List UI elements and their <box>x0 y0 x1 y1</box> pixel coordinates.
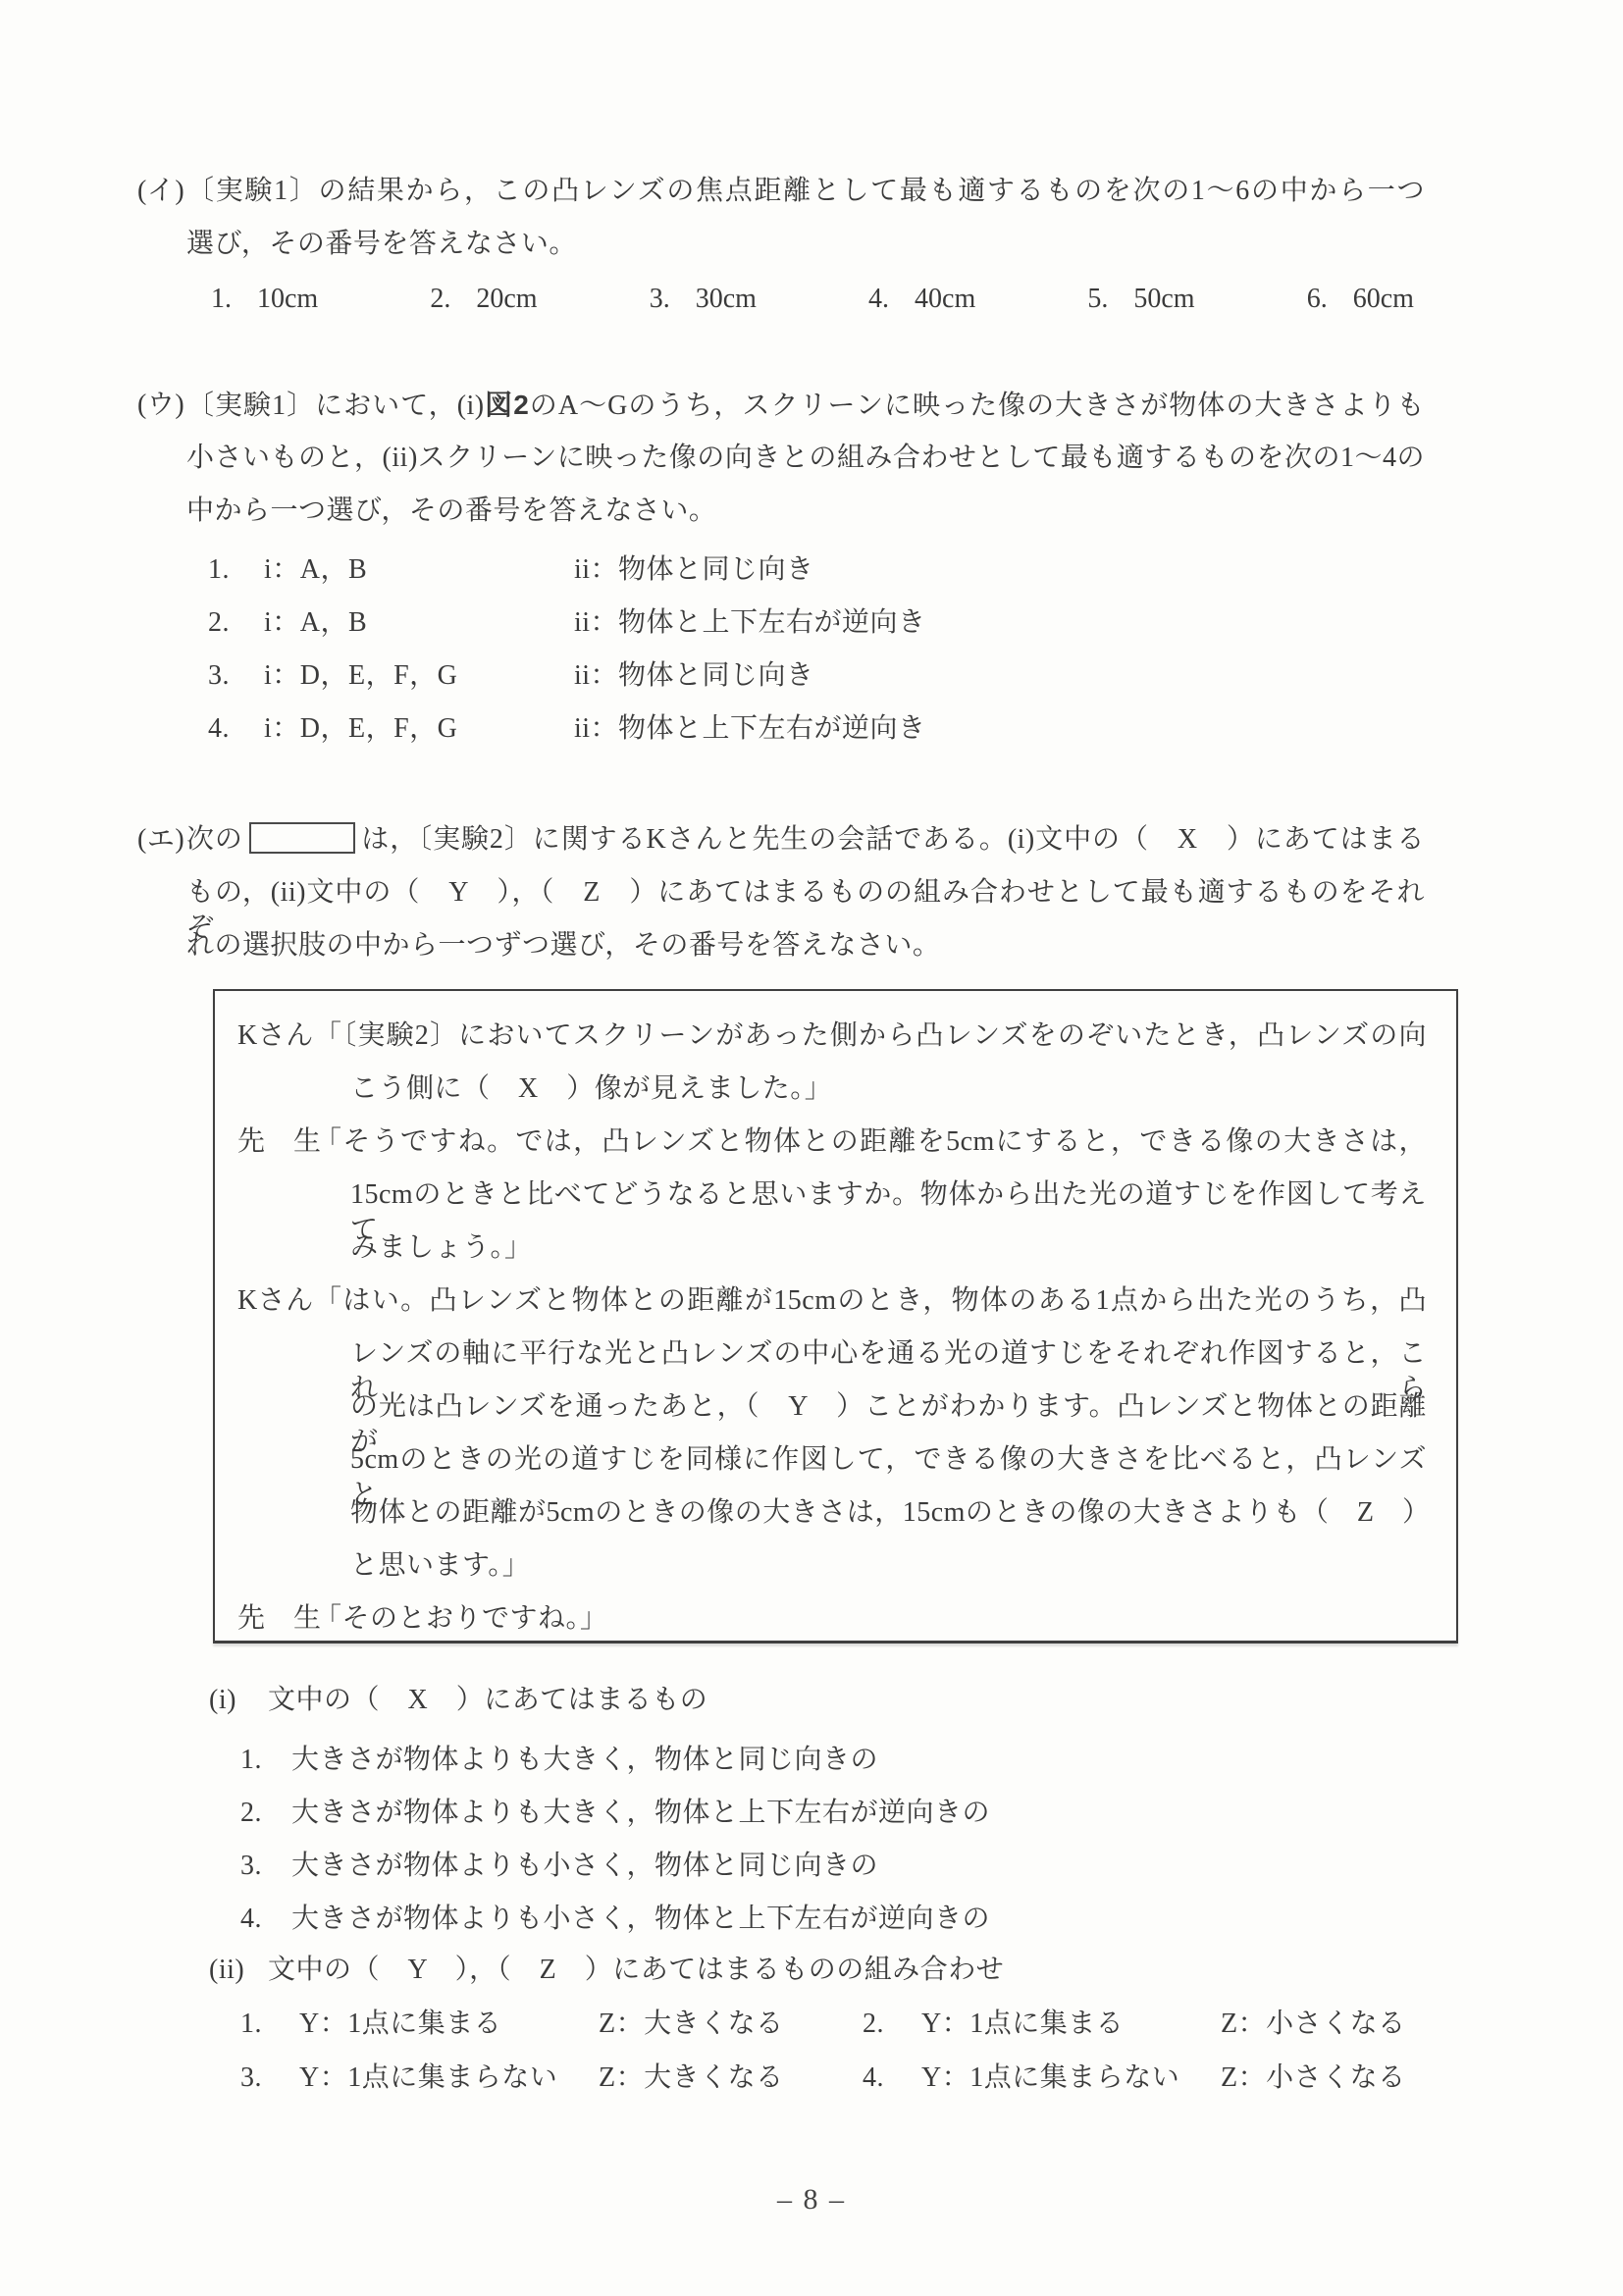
option-ii-1: 1. <box>240 2007 262 2042</box>
question-b-line-1: 〔実験1〕において，(i)図2のA～Gのうち，スクリーンに映った像の大きさが物体… <box>186 388 1425 423</box>
question-c-line-1: 次のは，〔実験2〕に関するKさんと先生の会話である。(i)文中の（ X ）にあて… <box>186 822 1425 858</box>
option-i-1: 1. 大きさが物体よりも大きく，物体と同じ向きの <box>0 1743 1623 1778</box>
dialogue-box: Kさん 「〔実験2〕においてスクリーンがあった側から凸レンズをのぞいたとき，凸レ… <box>213 989 1458 1644</box>
dialogue-line: 物体との距離が5cmのときの像の大きさは，15cmのときの像の大きさよりも（ Z… <box>350 1495 1427 1531</box>
question-c-label: (エ) <box>137 822 184 858</box>
dialogue-line: 「そうですね。では，凸レンズと物体との距離を5cmにすると，できる像の大きさは， <box>314 1124 1427 1160</box>
option-a-5: 5.50cm <box>1087 282 1194 317</box>
option-b-3: 3. i：D，E，F，G ii：物体と同じ向き <box>0 658 1623 694</box>
question-a-line-2: 選び，その番号を答えなさい。 <box>186 227 577 262</box>
question-a-line-1: 〔実験1〕の結果から，この凸レンズの焦点距離として最も適するものを次の1～6の中… <box>186 174 1425 209</box>
option-ii-row-1: 1. Y：1点に集まる Z：大きくなる 2. Y：1点に集まる Z：小さくなる <box>0 2007 1623 2042</box>
option-b-1: 1. i：A，B ii：物体と同じ向き <box>0 552 1623 588</box>
speaker-name: Kさん <box>237 1283 314 1319</box>
dialogue-line: 「はい。凸レンズと物体との距離が15cmのとき，物体のある1点から出た光のうち，… <box>314 1283 1427 1319</box>
page-number: – 8 – <box>0 2183 1623 2217</box>
sub-question-i-label: (i) <box>209 1683 236 1718</box>
option-ii-3: 3. <box>240 2061 262 2096</box>
option-i-3: 3. 大きさが物体よりも小さく，物体と同じ向きの <box>0 1849 1623 1884</box>
option-i-4: 4. 大きさが物体よりも小さく，物体と上下左右が逆向きの <box>0 1902 1623 1937</box>
question-b-line-3: 中から一つ選び，その番号を答えなさい。 <box>186 494 716 529</box>
speaker-name: Kさん <box>237 1018 314 1054</box>
option-ii-4: 4. <box>863 2061 884 2096</box>
dialogue-line: と思います。」 <box>350 1548 530 1584</box>
option-i-2: 2. 大きさが物体よりも大きく，物体と上下左右が逆向きの <box>0 1796 1623 1831</box>
question-a-label: (イ) <box>137 174 184 209</box>
option-a-4: 4.40cm <box>868 282 975 317</box>
sub-question-ii-label: (ii) <box>209 1953 244 1988</box>
dialogue-line: みましょう。」 <box>350 1230 533 1266</box>
exam-page: (イ) 〔実験1〕の結果から，この凸レンズの焦点距離として最も適するものを次の1… <box>0 0 1623 2296</box>
option-ii-row-2: 3. Y：1点に集まらない Z：大きくなる 4. Y：1点に集まらない Z：小さ… <box>0 2061 1623 2096</box>
speaker-name: 先 生 <box>237 1601 322 1637</box>
dialogue-line: 「そのとおりですね。」 <box>314 1601 608 1637</box>
question-c-line-2: もの，(ii)文中の（ Y ），（ Z ）にあてはまるものの組み合わせとして最も… <box>186 875 1425 911</box>
dialogue-line: 5cmのときの光の道すじを同様に作図して，できる像の大きさを比べると，凸レンズと <box>350 1442 1427 1478</box>
answer-blank-box <box>249 822 355 854</box>
question-b-line-2: 小さいものと，(ii)スクリーンに映った像の向きとの組み合わせとして最も適するも… <box>186 441 1425 476</box>
dialogue-line: の光は凸レンズを通ったあと，（ Y ）ことがわかります。凸レンズと物体との距離が <box>350 1389 1427 1425</box>
question-b-label: (ウ) <box>137 388 184 423</box>
speaker-name: 先 生 <box>237 1124 322 1160</box>
dialogue-line: 15cmのときと比べてどうなると思いますか。物体から出た光の道すじを作図して考え… <box>350 1177 1427 1213</box>
dialogue-line: こう側に（ X ）像が見えました。」 <box>350 1071 832 1107</box>
option-b-4: 4. i：D，E，F，G ii：物体と上下左右が逆向き <box>0 711 1623 747</box>
option-a-1: 1.10cm <box>211 282 318 317</box>
option-a-3: 3.30cm <box>650 282 757 317</box>
option-a-6: 6.60cm <box>1307 282 1414 317</box>
question-a-options: 1.10cm 2.20cm 3.30cm 4.40cm 5.50cm 6.60c… <box>211 282 1414 317</box>
dialogue-line: 「〔実験2〕においてスクリーンがあった側から凸レンズをのぞいたとき，凸レンズの向 <box>314 1018 1427 1054</box>
dialogue-line: レンズの軸に平行な光と凸レンズの中心を通る光の道すじをそれぞれ作図すると，これら <box>350 1336 1427 1372</box>
option-ii-2: 2. <box>863 2007 884 2042</box>
sub-question-ii-header: 文中の（ Y ），（ Z ）にあてはまるものの組み合わせ <box>268 1953 1004 1988</box>
option-a-2: 2.20cm <box>430 282 537 317</box>
question-c-line-3: れの選択肢の中から一つずつ選び，その番号を答えなさい。 <box>186 928 940 964</box>
figure-2-reference: 図2 <box>485 390 530 420</box>
sub-question-i-header: 文中の（ X ）にあてはまるもの <box>268 1683 707 1718</box>
option-b-2: 2. i：A，B ii：物体と上下左右が逆向き <box>0 605 1623 641</box>
